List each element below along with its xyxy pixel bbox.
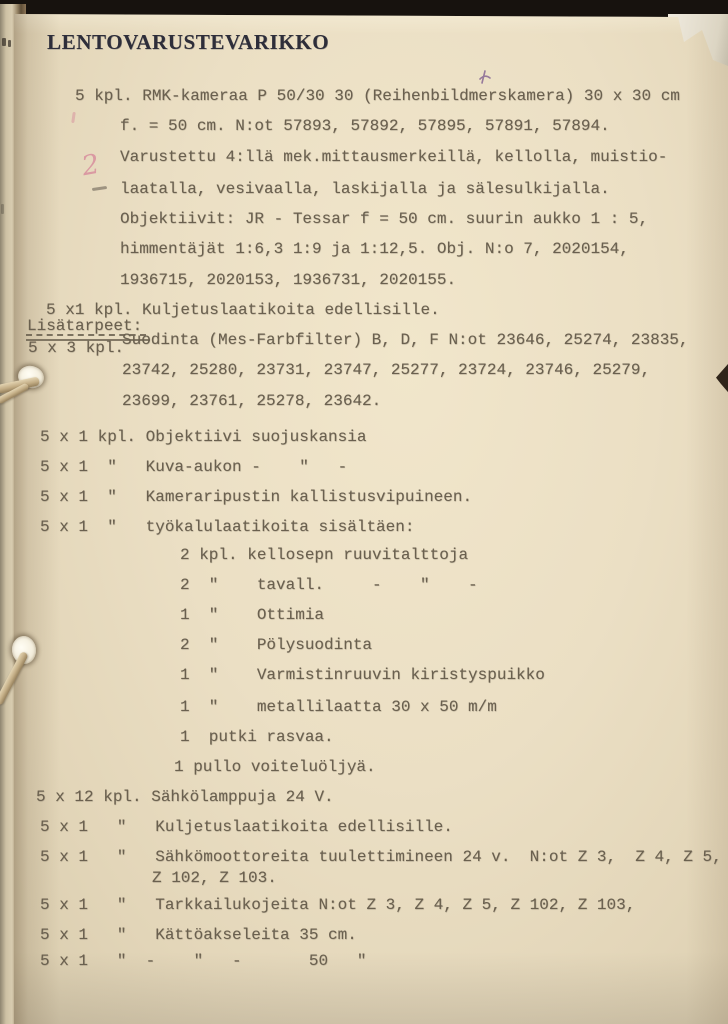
typewritten-line: 5 kpl. RMK-kameraa P 50/30 30 (Reihenbil… (75, 87, 680, 106)
typewritten-line: 5 x 1 " Kuva-aukon - " - (40, 458, 347, 477)
edge-print-mark (8, 40, 11, 47)
typewritten-line: 5 x 1 " Sähkömoottoreita tuulettimineen … (40, 848, 722, 867)
typewritten-line: 5 x 1 " Kättöakseleita 35 cm. (40, 926, 357, 945)
typewritten-line: 1936715, 2020153, 1936731, 2020155. (120, 271, 456, 290)
typewritten-line: 1 " Varmistinruuvin kiristyspuikko (180, 666, 545, 685)
scanned-document: { "doc": { "title": "LENTOVARUSTEVARIKKO… (0, 0, 728, 1024)
typewritten-line: 5 x 1 kpl. Objektiivi suojuskansia (40, 428, 366, 447)
page-title: LENTOVARUSTEVARIKKO (47, 30, 329, 55)
typewritten-line: 5 x 1 " Kuljetuslaatikoita edellisille. (40, 818, 453, 837)
typewritten-line: 2 " tavall. - " - (180, 576, 478, 595)
heading-dashed-underline (26, 334, 146, 336)
typewritten-line: 5 x 12 kpl. Sähkölamppuja 24 V. (36, 788, 334, 807)
typewritten-line: 23699, 23761, 25278, 23642. (122, 392, 381, 411)
typewritten-line: Varustettu 4:llä mek.mittausmerkeillä, k… (120, 148, 667, 167)
typewritten-line: Z 102, Z 103. (152, 869, 277, 888)
typewritten-line: 1 " Ottimia (180, 606, 324, 625)
typewritten-line: laatalla, vesivaalla, laskijalla ja säle… (120, 180, 610, 199)
typewritten-line: 5 x 1 " työkalulaatikoita sisältäen: (40, 518, 414, 537)
typewritten-line: 2 kpl. kellosepn ruuvitalttoja (180, 546, 468, 565)
handwritten-correction-mark (477, 70, 493, 90)
heading-solid-rule (26, 339, 150, 341)
typewritten-line: 1 pullo voiteluöljyä. (174, 758, 376, 777)
document-page: LENTOVARUSTEVARIKKO 5 kpl. RMK-kameraa P… (14, 0, 728, 1024)
typewritten-line: Objektiivit: JR - Tessar f = 50 cm. suur… (120, 210, 648, 229)
typewritten-line: 1 putki rasvaa. (180, 728, 334, 747)
typewritten-line: f. = 50 cm. N:ot 57893, 57892, 57895, 57… (120, 117, 610, 136)
typewritten-line: 23742, 25280, 23731, 23747, 25277, 23724… (122, 361, 650, 380)
typewritten-line: 5 x 1 " - " - 50 " (40, 952, 366, 971)
edge-print-mark (1, 204, 4, 214)
typewritten-line: 5 x 1 " Kameraripustin kallistusvipuinee… (40, 488, 472, 507)
typewritten-line: 5 x 3 kpl. (28, 339, 124, 358)
typewritten-line: 2 " Pölysuodinta (180, 636, 372, 655)
typewritten-line: 5 x 1 " Tarkkailukojeita N:ot Z 3, Z 4, … (40, 896, 635, 915)
edge-print-mark (2, 38, 6, 46)
typewritten-line: Suodinta (Mes-Farbfilter) B, D, F N:ot 2… (122, 331, 689, 350)
typewritten-line: 1 " metallilaatta 30 x 50 m/m (180, 698, 497, 717)
typewritten-line: himmentäjät 1:6,3 1:9 ja 1:12,5. Obj. N:… (120, 240, 629, 259)
